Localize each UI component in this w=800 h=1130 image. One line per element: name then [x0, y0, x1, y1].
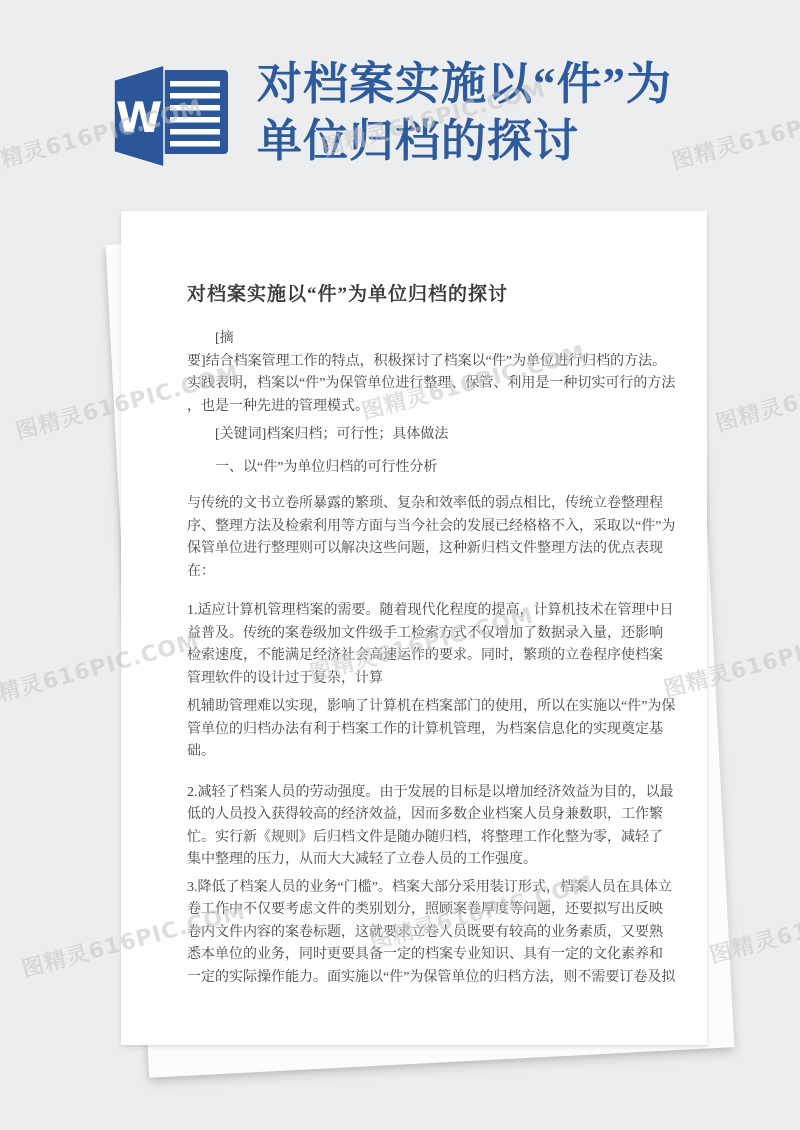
document-page: 对档案实施以“件”为单位归档的探讨 [摘要]结合档案管理工作的特点，积极探讨了档…	[121, 211, 707, 1045]
word-icon: W	[112, 62, 234, 170]
paragraph: 3.降低了档案人员的业务“门槛”。档案大部分采用装订形式，档案人员在具体立卷工作…	[187, 877, 655, 990]
paragraph: 一、以“件”为单位归档的可行性分析	[187, 457, 655, 480]
svg-text:W: W	[116, 93, 162, 142]
text-line: 卷内文件内容的案卷标题，这就要求立卷人员既要有较高的业务素质，又要熟	[187, 922, 655, 945]
text-line: 在：	[187, 561, 655, 584]
text-line: 一定的实际操作能力。面实施以“件”为保管单位的归档方法，则不需要订卷及拟	[187, 967, 655, 990]
text-line: [关键词]档案归档；可行性；具体做法	[187, 424, 655, 447]
text-line: 集中整理的压力，从而大大减轻了立卷人员的工作强度。	[187, 849, 655, 872]
text-line: 实践表明，档案以“件”为保管单位进行整理、保管、利用是一种切实可行的方法	[187, 373, 655, 396]
paragraph: [摘要]结合档案管理工作的特点，积极探讨了档案以“件”为单位进行归档的方法。实践…	[187, 328, 655, 418]
watermark-text: 图精灵616PIC.COM	[712, 348, 800, 438]
text-line: 1.适应计算机管理档案的需要。随着现代化程度的提高，计算机技术在管理中日	[187, 600, 655, 623]
text-line: 一、以“件”为单位归档的可行性分析	[187, 457, 655, 480]
text-line: 序、整理方法及检索利用等方面与当今社会的发展已经格格不入，采取以“件”为	[187, 516, 655, 539]
text-line: 3.降低了档案人员的业务“门槛”。档案大部分采用装订形式，档案人员在具体立	[187, 877, 655, 900]
text-line: 础。	[187, 741, 655, 764]
text-line: 卷工作中不仅要考虑文件的类别划分，照顾案卷厚度等问题，还要拟写出反映	[187, 899, 655, 922]
document-title: 对档案实施以“件”为单位归档的探讨	[187, 281, 655, 308]
text-line: 检索速度，不能满足经济社会高速运作的要求。同时，繁琐的立卷程序使档案	[187, 645, 655, 668]
preview-image: W 对档案实施以“件”为 单位归档的探讨 对档案实施以“件”为单位归档的探讨 […	[0, 0, 800, 1130]
text-line: [摘	[187, 328, 655, 351]
text-line: ，也是一种先进的管理模式。	[187, 396, 655, 419]
page-title: 对档案实施以“件”为 单位归档的探讨	[257, 56, 737, 170]
paragraph: 与传统的文书立卷所暴露的繁琐、复杂和效率低的弱点相比，传统立卷整理程序、整理方法…	[187, 493, 655, 583]
paragraph: 机辅助管理难以实现，影响了计算机在档案部门的使用，所以在实施以“件”为保管单位的…	[187, 696, 655, 764]
text-line: 保管单位进行整理则可以解决这些问题，这种新归档文件整理方法的优点表现	[187, 538, 655, 561]
text-line: 益普及。传统的案卷级加文件级手工检索方式不仅增加了数据录入量，还影响	[187, 623, 655, 646]
paragraph: 2.减轻了档案人员的劳动强度。由于发展的目标是以增加经济效益为目的，以最低的人员…	[187, 782, 655, 872]
text-line: 悉本单位的业务，同时更要具备一定的档案专业知识、具有一定的文化素养和	[187, 944, 655, 967]
page-title-line1: 对档案实施以“件”为	[257, 56, 737, 113]
text-line: 管理软件的设计过于复杂，计算	[187, 668, 655, 691]
document-body: [摘要]结合档案管理工作的特点，积极探讨了档案以“件”为单位进行归档的方法。实践…	[187, 328, 655, 989]
page-title-line2: 单位归档的探讨	[257, 113, 737, 170]
paragraph: 1.适应计算机管理档案的需要。随着现代化程度的提高，计算机技术在管理中日益普及。…	[187, 600, 655, 690]
text-line: 要]结合档案管理工作的特点，积极探讨了档案以“件”为单位进行归档的方法。	[187, 351, 655, 374]
text-line: 与传统的文书立卷所暴露的繁琐、复杂和效率低的弱点相比，传统立卷整理程	[187, 493, 655, 516]
word-logo-graphic: W	[112, 62, 234, 170]
text-line: 管单位的归档办法有利于档案工作的计算机管理，为档案信息化的实现奠定基	[187, 719, 655, 742]
text-line: 2.减轻了档案人员的劳动强度。由于发展的目标是以增加经济效益为目的，以最	[187, 782, 655, 805]
text-line: 忙。实行新《规则》后归档文件是随办随归档，将整理工作化整为零，减轻了	[187, 827, 655, 850]
paragraph: [关键词]档案归档；可行性；具体做法	[187, 424, 655, 447]
text-line: 机辅助管理难以实现，影响了计算机在档案部门的使用，所以在实施以“件”为保	[187, 696, 655, 719]
document-content: 对档案实施以“件”为单位归档的探讨 [摘要]结合档案管理工作的特点，积极探讨了档…	[121, 211, 707, 1045]
text-line: 低的人员投入获得较高的经济效益，因而多数企业档案人员身兼数职，工作繁	[187, 804, 655, 827]
